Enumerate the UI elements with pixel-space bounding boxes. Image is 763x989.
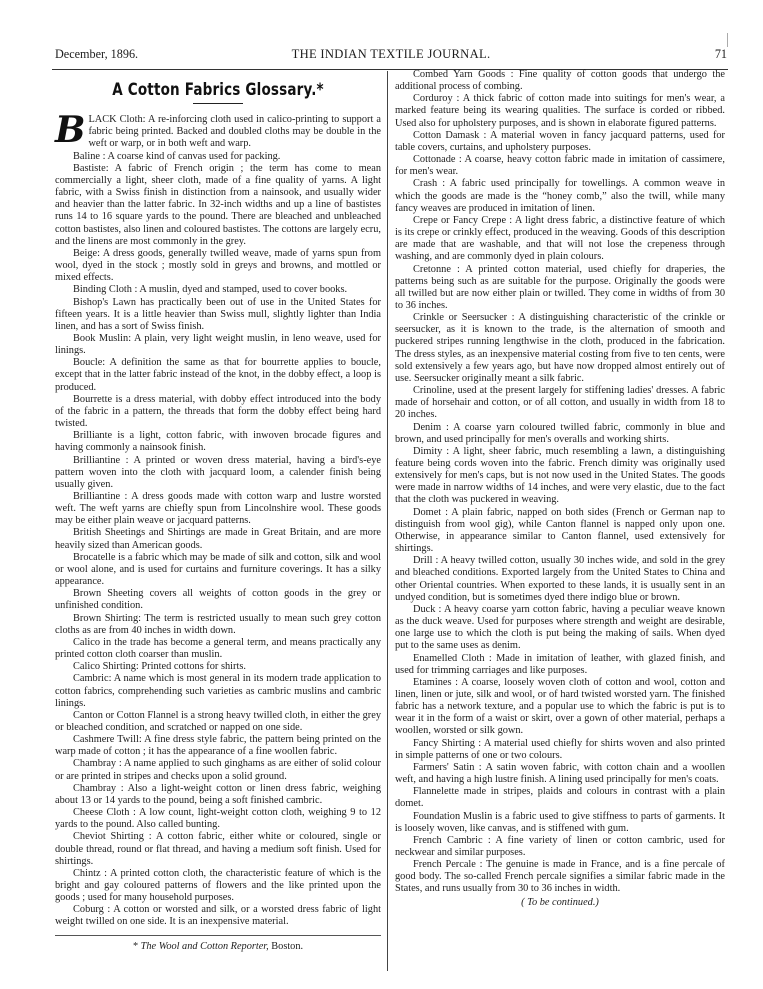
glossary-entry: Calico in the trade has become a general… [55,637,381,661]
glossary-entry: Brilliantine : A printed or woven dress … [55,455,381,491]
glossary-entry: Coburg : A cotton or worsted and silk, o… [55,904,381,928]
glossary-entry: British Sheetings and Shirtings are made… [55,527,381,551]
footnote-rule [55,935,381,936]
glossary-entry: Crinoline, used at the present largely f… [395,385,725,421]
glossary-entry: Book Muslin: A plain, very light weight … [55,333,381,357]
glossary-entry: Crepe or Fancy Crepe : A light dress fab… [395,215,725,264]
glossary-entry: Enamelled Cloth : Made in imitation of l… [395,653,725,677]
glossary-entry: Bourrette is a dress material, with dobb… [55,394,381,430]
glossary-entry: Combed Yarn Goods : Fine quality of cott… [395,69,725,93]
footnote-place: Boston. [271,941,303,952]
running-head: December, 1896. THE INDIAN TEXTILE JOURN… [55,47,727,65]
article-title: A Cotton Fabrics Glossary.* [84,84,351,96]
glossary-entry: Chintz : A printed cotton cloth, the cha… [55,868,381,904]
glossary-entry: Bishop's Lawn has practically been out o… [55,297,381,333]
column-divider [387,71,388,971]
to-be-continued-note: ( To be continued.) [395,897,725,909]
journal-page: December, 1896. THE INDIAN TEXTILE JOURN… [0,0,763,989]
drop-cap: B [55,116,85,144]
page-number: 71 [715,47,727,62]
glossary-entry: Brilliantine : A dress goods made with c… [55,491,381,527]
glossary-entry: Brown Shirting: The term is restricted u… [55,613,381,637]
glossary-entry: Beige: A dress goods, generally twilled … [55,248,381,284]
glossary-entry: Brocatelle is a fabric which may be made… [55,552,381,588]
glossary-entry: Chambray : Also a light-weight cotton or… [55,783,381,807]
glossary-entry: Baline : A coarse kind of canvas used fo… [55,151,381,163]
glossary-entry: Cotton Damask : A material woven in fanc… [395,130,725,154]
glossary-entry: Brilliante is a light, cotton fabric, wi… [55,430,381,454]
footnote-marker: * [133,941,138,952]
glossary-entry: Farmers' Satin : A satin woven fabric, w… [395,762,725,786]
glossary-entry: Bastiste: A fabric of French origin ; th… [55,163,381,248]
glossary-entry: French Cambric : A fine variety of linen… [395,835,725,859]
glossary-entry: Etamines : A coarse, loosely woven cloth… [395,677,725,738]
glossary-entry: Cambric: A name which is most general in… [55,673,381,709]
glossary-entry: Cheviot Shirting : A cotton fabric, eith… [55,831,381,867]
glossary-entry: Boucle: A definition the same as that fo… [55,357,381,393]
page-edge-mark [727,33,728,47]
glossary-entry: Cashmere Twill: A fine dress style fabri… [55,734,381,758]
glossary-entry: Chambray : A name applied to such gingha… [55,758,381,782]
right-column: Combed Yarn Goods : Fine quality of cott… [395,69,725,909]
glossary-entry: Binding Cloth : A muslin, dyed and stamp… [55,284,381,296]
glossary-entry: Dimity : A light, sheer fabric, much res… [395,446,725,507]
glossary-entry: Calico Shirting: Printed cottons for shi… [55,661,381,673]
glossary-entry: Fancy Shirting : A material used chiefly… [395,738,725,762]
glossary-entry: Flannelette made in stripes, plaids and … [395,786,725,810]
title-rule [193,103,243,104]
left-entries-list: Baline : A coarse kind of canvas used fo… [55,151,381,929]
glossary-entry: Canton or Cotton Flannel is a strong hea… [55,710,381,734]
glossary-entry: Cretonne : A printed cotton material, us… [395,264,725,313]
footnote: * The Wool and Cotton Reporter, Boston. [55,941,381,952]
glossary-entry: Cheese Cloth : A low count, light-weight… [55,807,381,831]
left-column: A Cotton Fabrics Glossary.* BLACK Cloth:… [55,76,381,929]
glossary-entry: Crash : A fabric used principally for to… [395,178,725,214]
glossary-entry: Corduroy : A thick fabric of cotton made… [395,93,725,129]
glossary-entry: Foundation Muslin is a fabric used to gi… [395,811,725,835]
journal-title: THE INDIAN TEXTILE JOURNAL. [55,47,727,62]
entry-text: LACK Cloth: A re-inforcing cloth used in… [88,114,381,149]
footnote-source: The Wool and Cotton Reporter, [141,941,269,952]
glossary-entry: Duck : A heavy coarse yarn cotton fabric… [395,604,725,653]
glossary-entry: Domet : A plain fabric, napped on both s… [395,507,725,556]
glossary-entry: Drill : A heavy twilled cotton, usually … [395,555,725,604]
glossary-entry: Denim : A coarse yarn coloured twilled f… [395,422,725,446]
glossary-entry: Cottonade : A coarse, heavy cotton fabri… [395,154,725,178]
glossary-entry: French Percale : The genuine is made in … [395,859,725,895]
glossary-entry: Brown Sheeting covers all weights of cot… [55,588,381,612]
glossary-entry: Crinkle or Seersucker : A distinguishing… [395,312,725,385]
glossary-entry-first: BLACK Cloth: A re-inforcing cloth used i… [55,114,381,150]
